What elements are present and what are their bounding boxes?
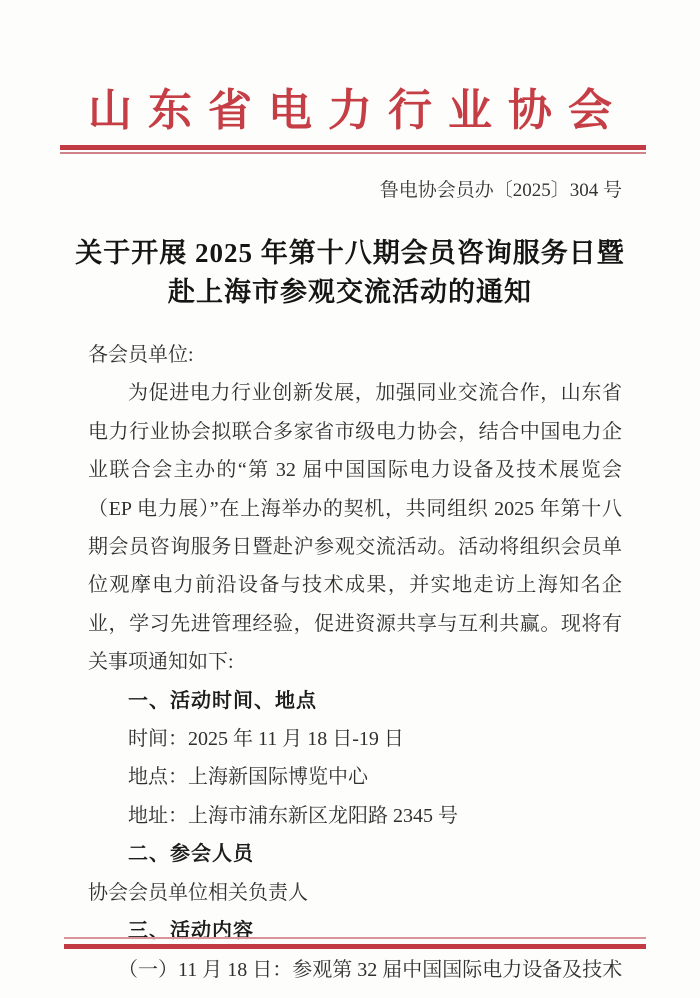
document-body: 各会员单位: 为促进电力行业创新发展，加强同业交流合作，山东省电力行业协会拟联合… <box>88 336 622 989</box>
document-number: 鲁电协会员办〔2025〕304 号 <box>0 178 622 204</box>
section-heading-1: 一、活动时间、地点 <box>88 682 622 720</box>
document-title-line2: 赴上海市参观交流活动的通知 <box>0 273 700 312</box>
official-document-page: 山东省电力行业协会 鲁电协会员办〔2025〕304 号 关于开展 2025 年第… <box>0 0 700 998</box>
section-heading-2: 二、参会人员 <box>88 835 622 873</box>
footer-rule-thin <box>64 937 646 939</box>
header-rule-thick <box>60 145 646 150</box>
document-title: 关于开展 2025 年第十八期会员咨询服务日暨 赴上海市参观交流活动的通知 <box>0 234 700 312</box>
event-address-line: 地址：上海市浦东新区龙阳路 2345 号 <box>88 797 622 835</box>
attendees-line: 协会会员单位相关负责人 <box>88 874 622 912</box>
intro-paragraph: 为促进电力行业创新发展，加强同业交流合作，山东省电力行业协会拟联合多家省市级电力… <box>88 374 622 681</box>
salutation: 各会员单位: <box>88 336 622 374</box>
event-time-line: 时间：2025 年 11 月 18 日-19 日 <box>88 720 622 758</box>
document-title-line1: 关于开展 2025 年第十八期会员咨询服务日暨 <box>0 234 700 273</box>
activity-item-line: （一）11 月 18 日：参观第 32 届中国国际电力设备及技术 <box>88 951 622 989</box>
event-venue-line: 地点：上海新国际博览中心 <box>88 758 622 796</box>
association-name-header: 山东省电力行业协会 <box>0 84 700 138</box>
header-rule-thin <box>60 152 646 154</box>
footer-rule-thick <box>64 944 646 949</box>
